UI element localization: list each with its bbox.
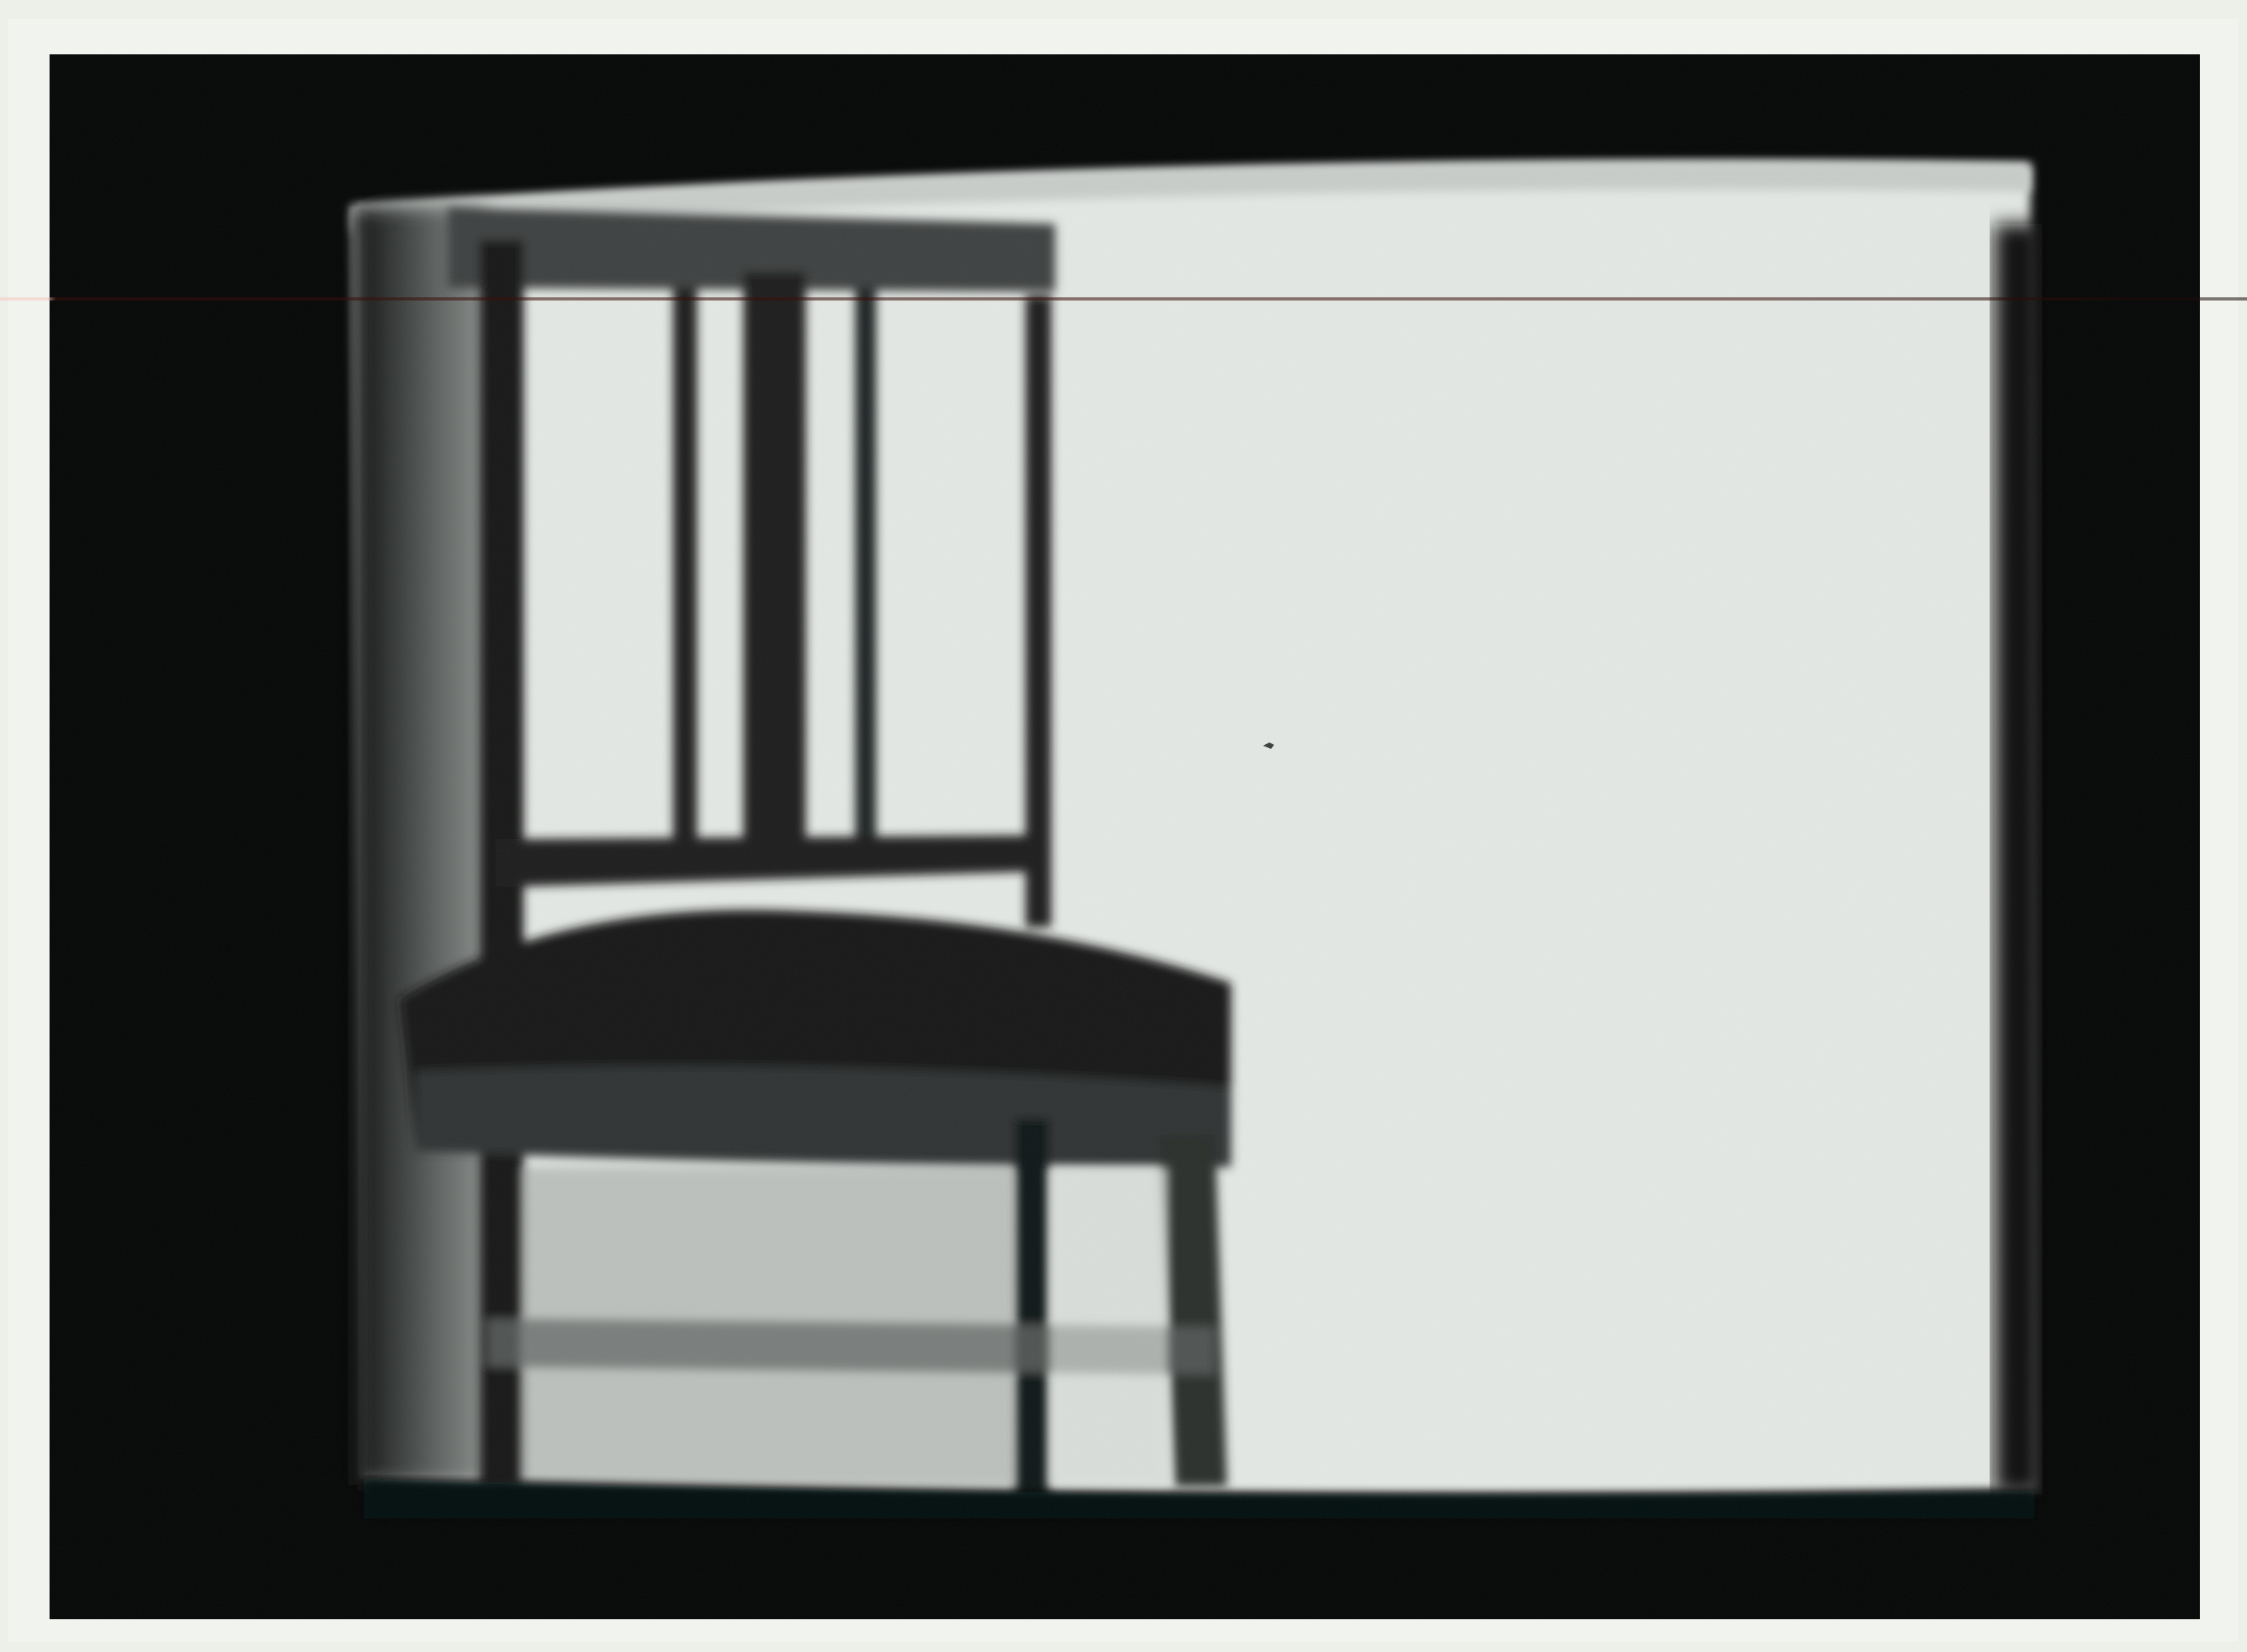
film-grain xyxy=(50,54,2200,1619)
tv-screen-scene xyxy=(0,0,2247,1652)
scan-artifact-line xyxy=(0,297,2247,301)
